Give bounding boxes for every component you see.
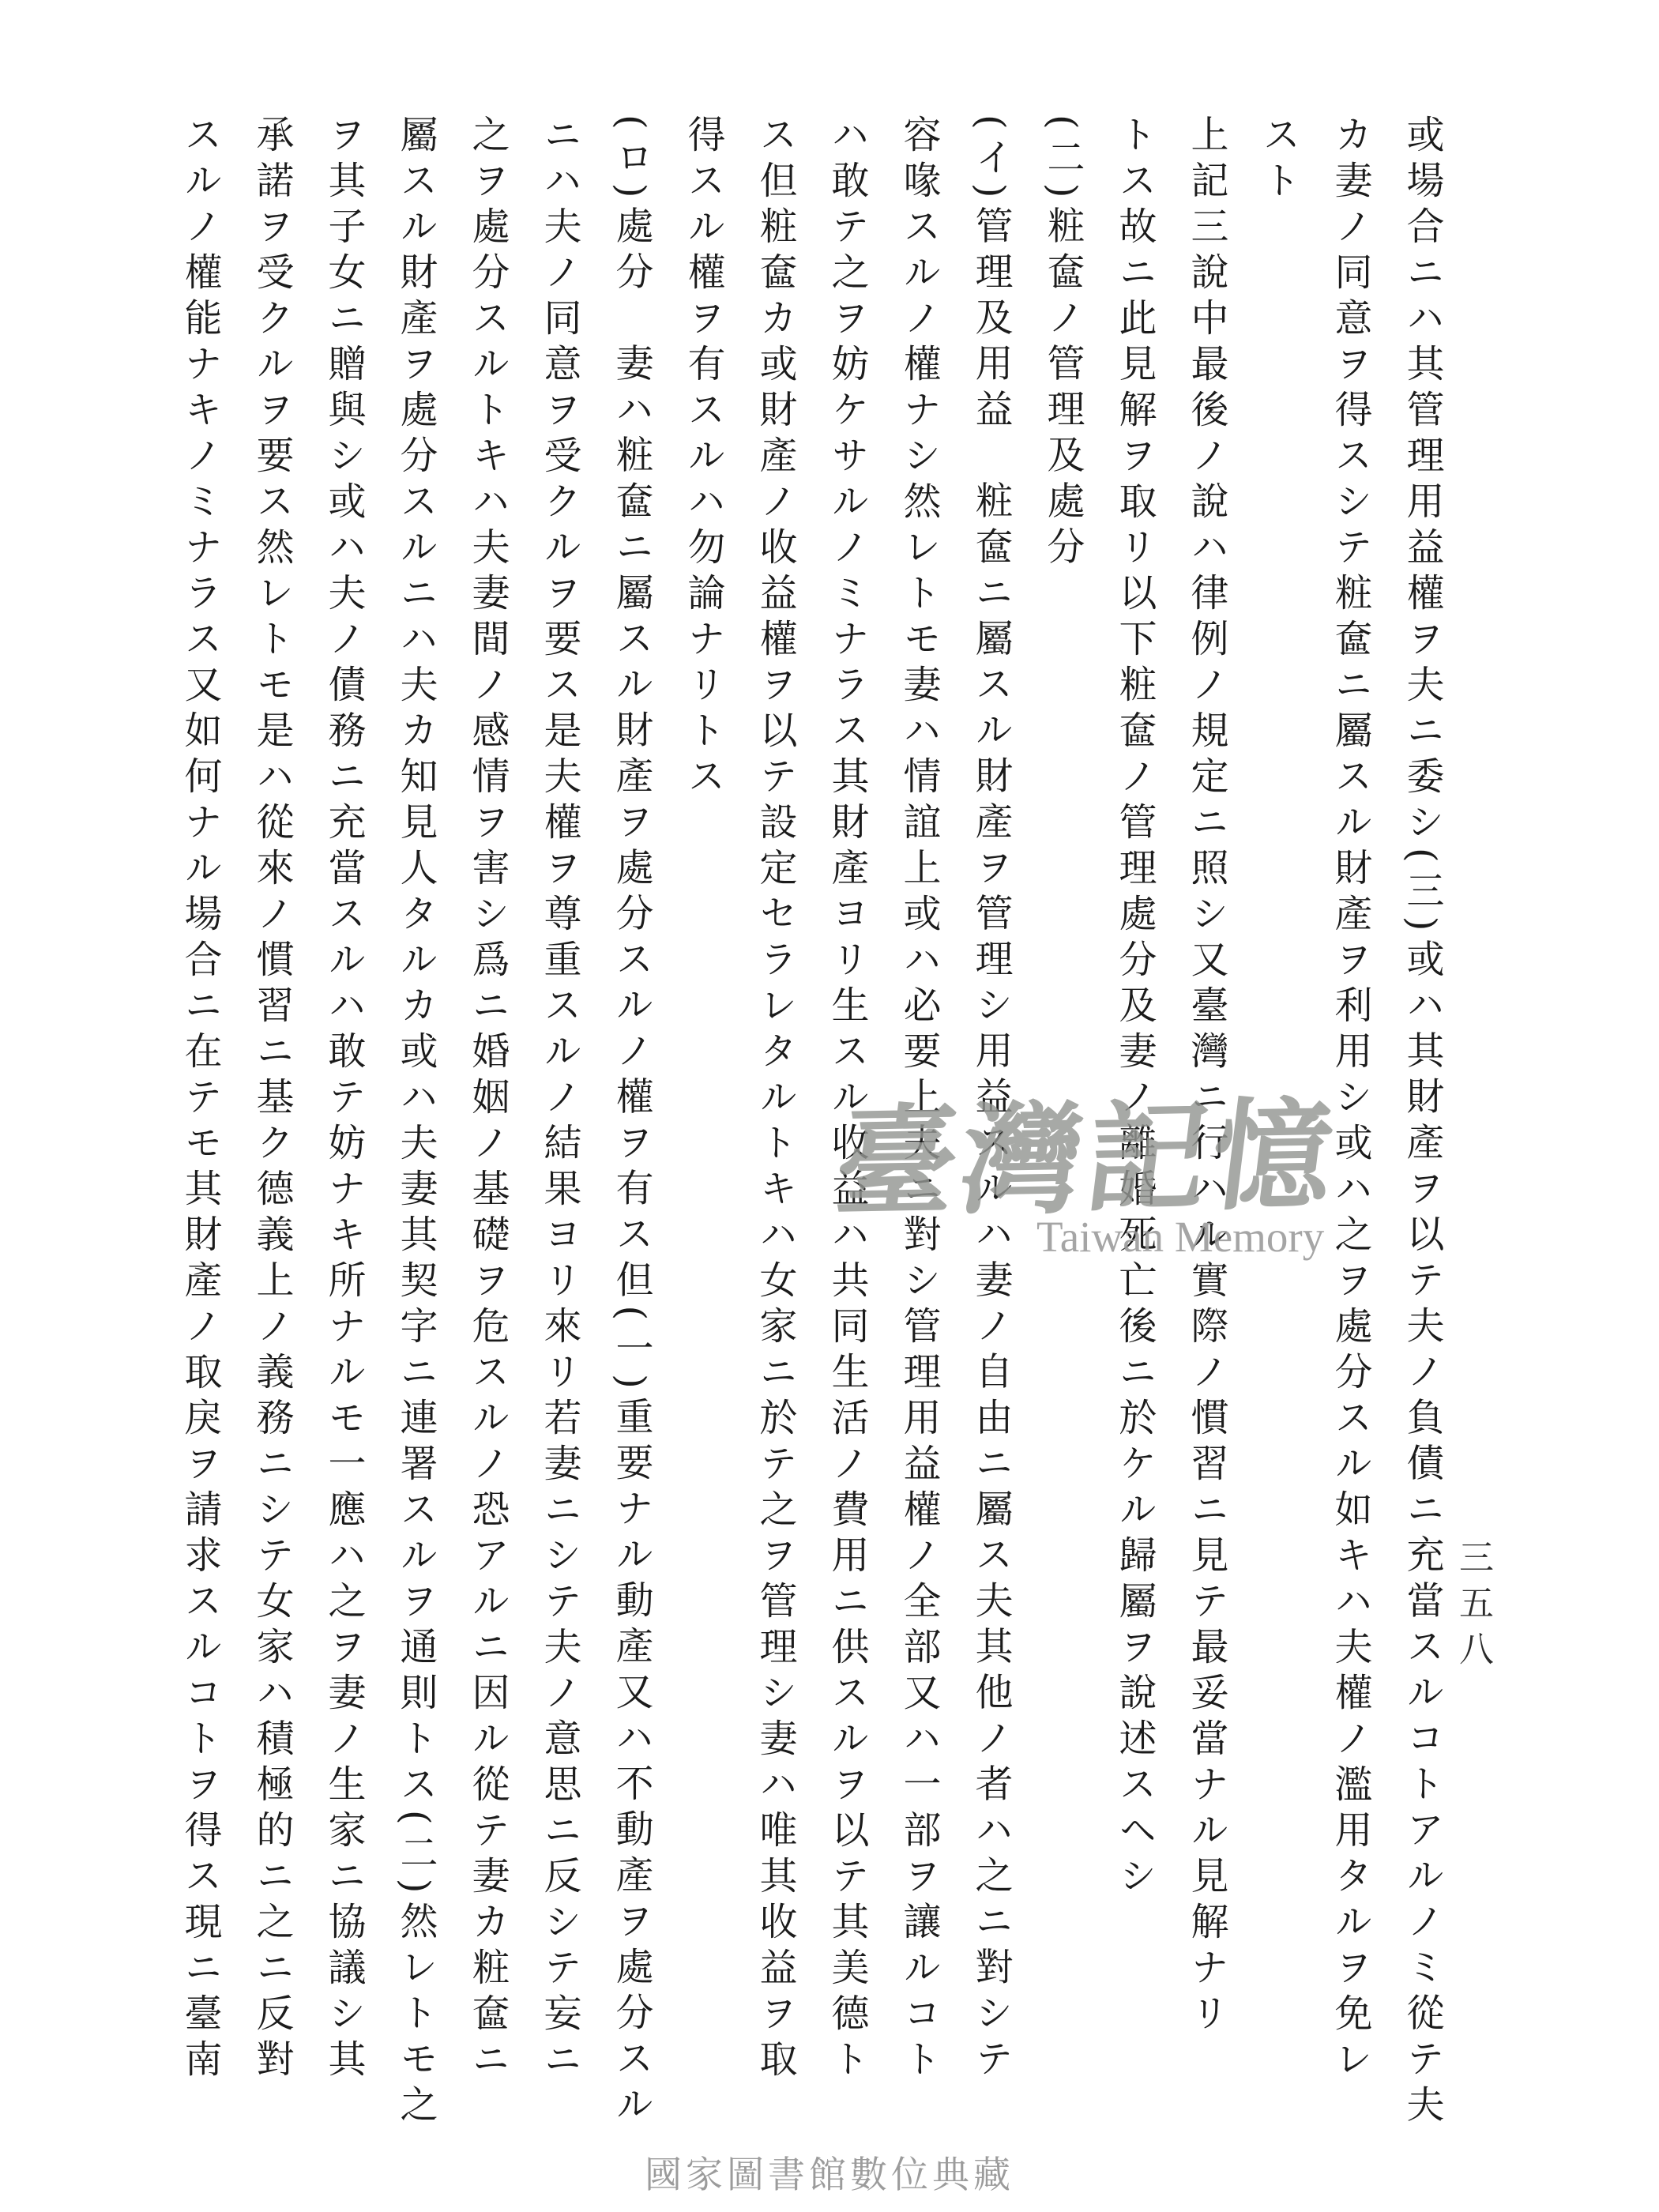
library-archive-footer: 國家圖書館數位典藏 bbox=[0, 2146, 1659, 2199]
text-column: 屬スル財產ヲ處分スルニハ夫カ知見人タルカ或ハ夫妻其契字ニ連署スルヲ通則トス(二)… bbox=[379, 115, 451, 2105]
scanned-document-page: 或場合ニハ其管理用益權ヲ夫ニ委シ(三)或ハ其財產ヲ以テ夫ノ負債ニ充當スルコトアル… bbox=[0, 0, 1659, 2212]
page-number: 三五八 bbox=[1447, 1539, 1498, 1676]
section-heading-column: (二)粧奩ノ管理及處分 bbox=[1026, 115, 1098, 2105]
text-column: スト bbox=[1242, 115, 1314, 2105]
text-column: 或場合ニハ其管理用益權ヲ夫ニ委シ(三)或ハ其財產ヲ以テ夫ノ負債ニ充當スルコトアル… bbox=[1386, 115, 1458, 2105]
text-column: 之ヲ處分スルトキハ夫妻間ノ感情ヲ害シ爲ニ婚姻ノ基礎ヲ危スルノ恐アルニ因ル從テ妻カ… bbox=[451, 115, 523, 2105]
text-column: 承諾ヲ受クルヲ要ス然レトモ是ハ從來ノ慣習ニ基ク德義上ノ義務ニシテ女家ハ積極的ニ之… bbox=[235, 115, 307, 2105]
text-column: ハ敢テ之ヲ妨ケサルノミナラス其財產ヨリ生スル收益ハ共同生活ノ費用ニ供スルヲ以テ其… bbox=[811, 115, 882, 2105]
text-column: トス故ニ此見解ヲ取リ以下粧奩ノ管理處分及妻ノ離婚死亡後ニ於ケル歸屬ヲ說述スヘシ bbox=[1098, 115, 1170, 2105]
text-column: (ロ)處分 妻ハ粧奩ニ屬スル財產ヲ處分スルノ權ヲ有ス但(一)重要ナル動產又ハ不動… bbox=[595, 115, 667, 2105]
text-column: ス但粧奩カ或財產ノ收益權ヲ以テ設定セラレタルトキハ女家ニ於テ之ヲ管理シ妻ハ唯其收… bbox=[739, 115, 811, 2105]
text-column: ニハ夫ノ同意ヲ受クルヲ要ス是夫權ヲ尊重スルノ結果ヨリ來リ若妻ニシテ夫ノ意思ニ反シ… bbox=[523, 115, 595, 2105]
text-column: ヲ其子女ニ贈與シ或ハ夫ノ債務ニ充當スルハ敢テ妨ナキ所ナルモ一應ハ之ヲ妻ノ生家ニ協… bbox=[307, 115, 379, 2105]
text-column: スルノ權能ナキノミナラス又如何ナル場合ニ在テモ其財產ノ取戾ヲ請求スルコトヲ得ス現… bbox=[164, 115, 235, 2105]
text-column: (イ)管理及用益 粧奩ニ屬スル財產ヲ管理シ用益スルハ妻ノ自由ニ屬ス夫其他ノ者ハ之… bbox=[954, 115, 1026, 2105]
text-column: 得スル權ヲ有スルハ勿論ナリトス bbox=[667, 115, 739, 2105]
text-column: カ妻ノ同意ヲ得スシテ粧奩ニ屬スル財產ヲ利用シ或ハ之ヲ處分スル如キハ夫權ノ濫用タル… bbox=[1314, 115, 1386, 2105]
main-text-block: 或場合ニハ其管理用益權ヲ夫ニ委シ(三)或ハ其財產ヲ以テ夫ノ負債ニ充當スルコトアル… bbox=[164, 115, 1458, 2105]
text-column: 上記三說中最後ノ說ハ律例ノ規定ニ照シ又臺灣ニ行ハル實際ノ慣習ニ見テ最妥當ナル見解… bbox=[1170, 115, 1242, 2105]
text-column: 容喙スルノ權ナシ然レトモ妻ハ情誼上或ハ必要上夫ニ對シ管理用益權ノ全部又ハ一部ヲ讓… bbox=[882, 115, 954, 2105]
